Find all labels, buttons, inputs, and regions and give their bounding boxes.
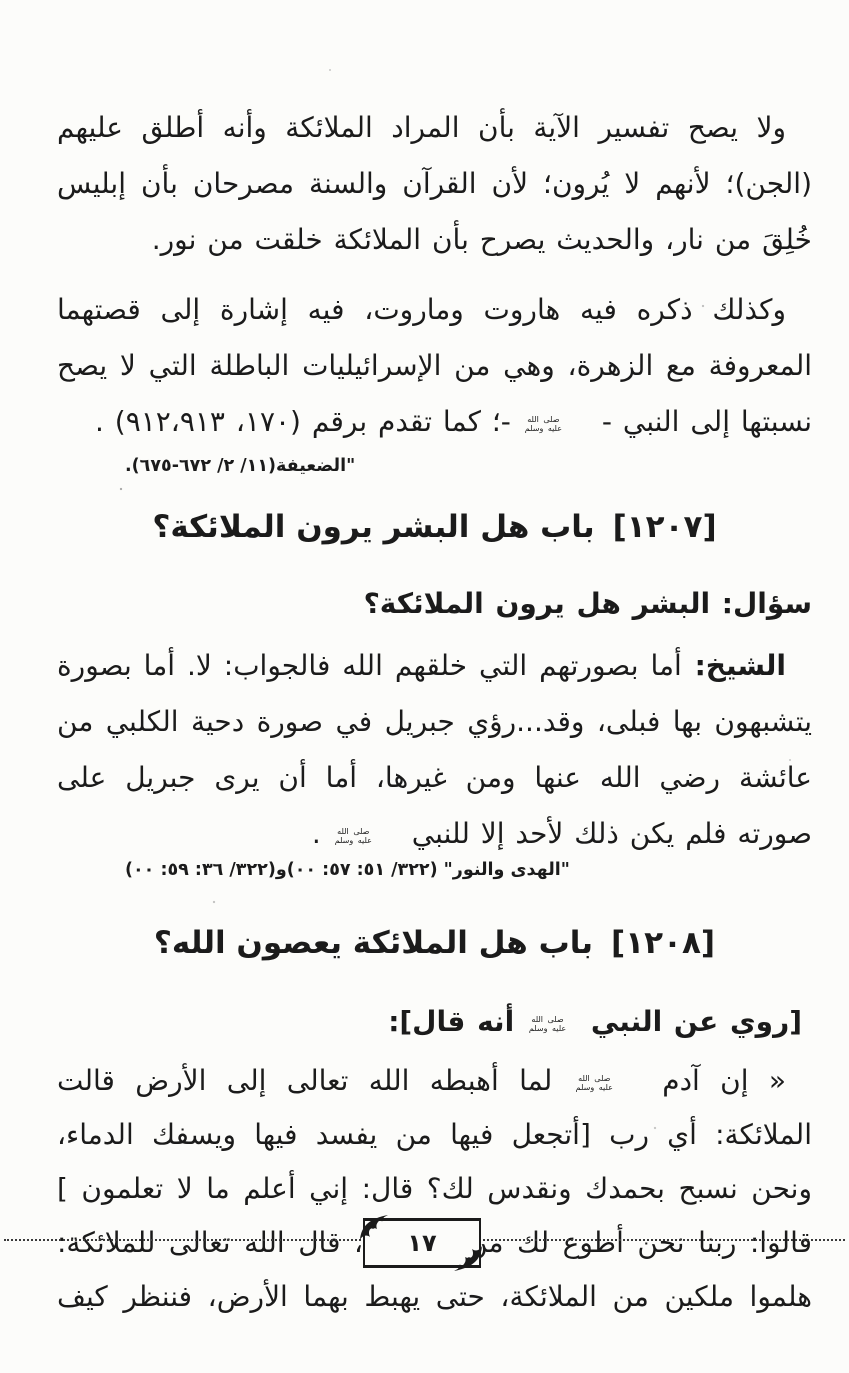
paragraph-angels-not-jinn: ولا يصح تفسير الآية بأن المراد الملائكة … [57,100,812,268]
question-text: سؤال: البشر هل يرون الملائكة؟ [364,587,812,620]
narration-intro-text: أنه قال]: [388,1005,526,1038]
honorific-line1: صلى الله [578,1074,636,1083]
hadith-text: « إن آدم [642,1064,786,1097]
honorific-line1: صلى الله [337,827,395,836]
citation-text: "الضعيفة(١١/ ٢/ ٦٧٢-٦٧٥). [125,452,812,480]
corner-flourish-icon [358,1212,392,1242]
honorific-line2: عليه وسلم [529,1024,576,1033]
corner-flourish-icon [450,1244,484,1274]
book-page-scan: ولا يصح تفسير الآية بأن المراد الملائكة … [0,0,849,1373]
question-line: سؤال: البشر هل يرون الملائكة؟ [57,576,812,632]
speaker-label: الشيخ: [682,649,786,682]
honorific-stamp-icon: صلى اللهعليه وسلم [529,1015,576,1033]
honorific-stamp-icon: صلى اللهعليه وسلم [335,827,398,845]
page-number: ١٧ [407,1229,436,1257]
chapter-heading-1208: [١٢٠٨]باب هل الملائكة يعصون الله؟ [57,920,812,966]
honorific-line1: صلى الله [527,415,585,424]
sheikh-answer-paragraph: الشيخ: أما بصورتهم التي خلقهم الله فالجو… [57,638,812,862]
chapter-heading-1207: [١٢٠٧]باب هل البشر يرون الملائكة؟ [57,504,812,550]
chapter-number: [١٢٠٨] [611,925,715,961]
page-content: ولا يصح تفسير الآية بأن المراد الملائكة … [57,0,812,1324]
paragraph-text: ولا يصح تفسير الآية بأن المراد الملائكة … [57,111,812,256]
honorific-line1: صلى الله [531,1015,573,1024]
answer-text: . [312,817,332,850]
chapter-title: باب هل البشر يرون الملائكة؟ [152,509,594,545]
honorific-line2: عليه وسلم [525,424,588,433]
hadith-paragraph: « إن آدم صلى اللهعليه وسلم لما أهبطه الل… [57,1054,812,1324]
honorific-line2: عليه وسلم [576,1083,639,1092]
honorific-stamp-icon: صلى اللهعليه وسلم [525,415,588,433]
paragraph-harut-marut: وكذلك ذكره فيه هاروت وماروت، فيه إشارة إ… [57,282,812,450]
honorific-line2: عليه وسلم [335,836,398,845]
chapter-title: باب هل الملائكة يعصون الله؟ [154,925,593,961]
chapter-number: [١٢٠٧] [613,509,717,545]
page-number-box: ١٧ [363,1218,481,1268]
narration-intro-text: [روي عن النبي [579,1005,802,1038]
honorific-stamp-icon: صلى اللهعليه وسلم [576,1074,639,1092]
source-citation-daeefah: "الضعيفة(١١/ ٢/ ٦٧٢-٦٧٥). [57,452,812,480]
paragraph-text: -؛ كما تقدم برقم (١٧٠، ٩١٢،٩١٣) . [95,405,522,438]
hadith-text: لما أهبطه الله تعالى إلى الأرض قالت المل… [57,1064,812,1313]
narration-intro-line: [روي عن النبي صلى اللهعليه وسلم أنه قال]… [57,994,812,1050]
